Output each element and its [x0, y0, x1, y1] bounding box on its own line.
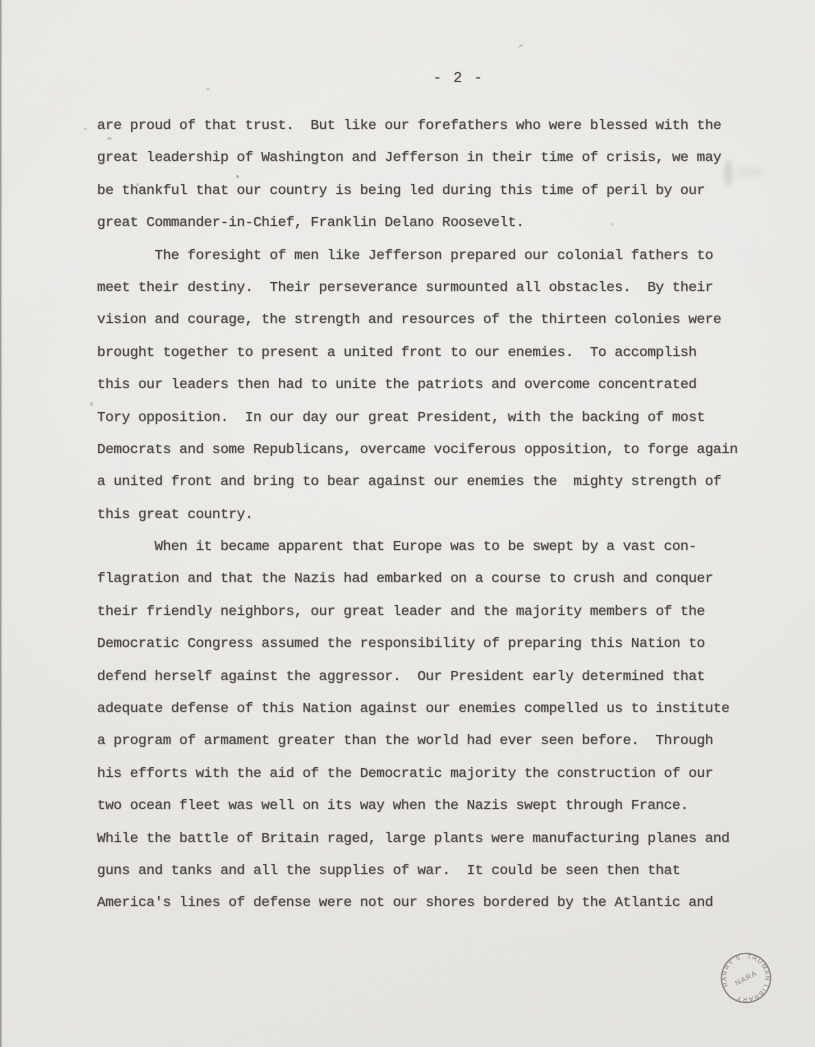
truman-library-stamp: HARRY S. TRUMAN LIBRARY NARA — [710, 942, 782, 1014]
text-line: Tory opposition. In our day our great Pr… — [97, 402, 757, 434]
text-line: this our leaders then had to unite the p… — [97, 369, 757, 401]
text-line: a program of armament greater than the w… — [97, 725, 757, 757]
text-line: a united front and bring to bear against… — [97, 466, 757, 498]
stamp-center-text: NARA — [733, 969, 758, 988]
text-line: his efforts with the aid of the Democrat… — [97, 758, 757, 790]
text-line: America's lines of defense were not our … — [97, 887, 757, 919]
scan-smudge — [736, 167, 766, 177]
text-line: The foresight of men like Jefferson prep… — [97, 240, 757, 272]
scan-speck — [136, 183, 139, 186]
text-line: While the battle of Britain raged, large… — [97, 823, 757, 855]
text-line: vision and courage, the strength and res… — [97, 304, 757, 336]
text-line: flagration and that the Nazis had embark… — [97, 563, 757, 595]
text-line: their friendly neighbors, our great lead… — [97, 596, 757, 628]
text-line: great Commander-in-Chief, Franklin Delan… — [97, 207, 757, 239]
text-line: adequate defense of this Nation against … — [97, 693, 757, 725]
text-line: are proud of that trust. But like our fo… — [97, 110, 757, 142]
scan-speck — [84, 128, 87, 130]
text-line: When it became apparent that Europe was … — [97, 531, 757, 563]
scanned-document-page: - 2 - are proud of that trust. But like … — [0, 0, 815, 1047]
text-line: defend herself against the aggressor. Ou… — [97, 661, 757, 693]
text-line: be thankful that our country is being le… — [97, 175, 757, 207]
text-line: great leadership of Washington and Jeffe… — [97, 142, 757, 174]
text-line: meet their destiny. Their perseverance s… — [97, 272, 757, 304]
text-line: Democratic Congress assumed the responsi… — [97, 628, 757, 660]
page-number: - 2 - — [433, 71, 484, 87]
text-line: brought together to present a united fro… — [97, 337, 757, 369]
text-line: two ocean fleet was well on its way when… — [97, 790, 757, 822]
scan-speck — [206, 88, 210, 90]
scan-speck — [107, 137, 112, 140]
scan-edge-shadow — [0, 0, 3, 1047]
text-line: guns and tanks and all the supplies of w… — [97, 855, 757, 887]
scan-smudge — [724, 160, 733, 186]
scan-speck — [518, 44, 523, 48]
text-line: Democrats and some Republicans, overcame… — [97, 434, 757, 466]
scan-speck — [611, 223, 614, 226]
scan-speck — [90, 402, 93, 406]
document-text: are proud of that trust. But like our fo… — [97, 110, 757, 920]
text-line: this great country. — [97, 499, 757, 531]
scan-speck — [236, 175, 239, 178]
